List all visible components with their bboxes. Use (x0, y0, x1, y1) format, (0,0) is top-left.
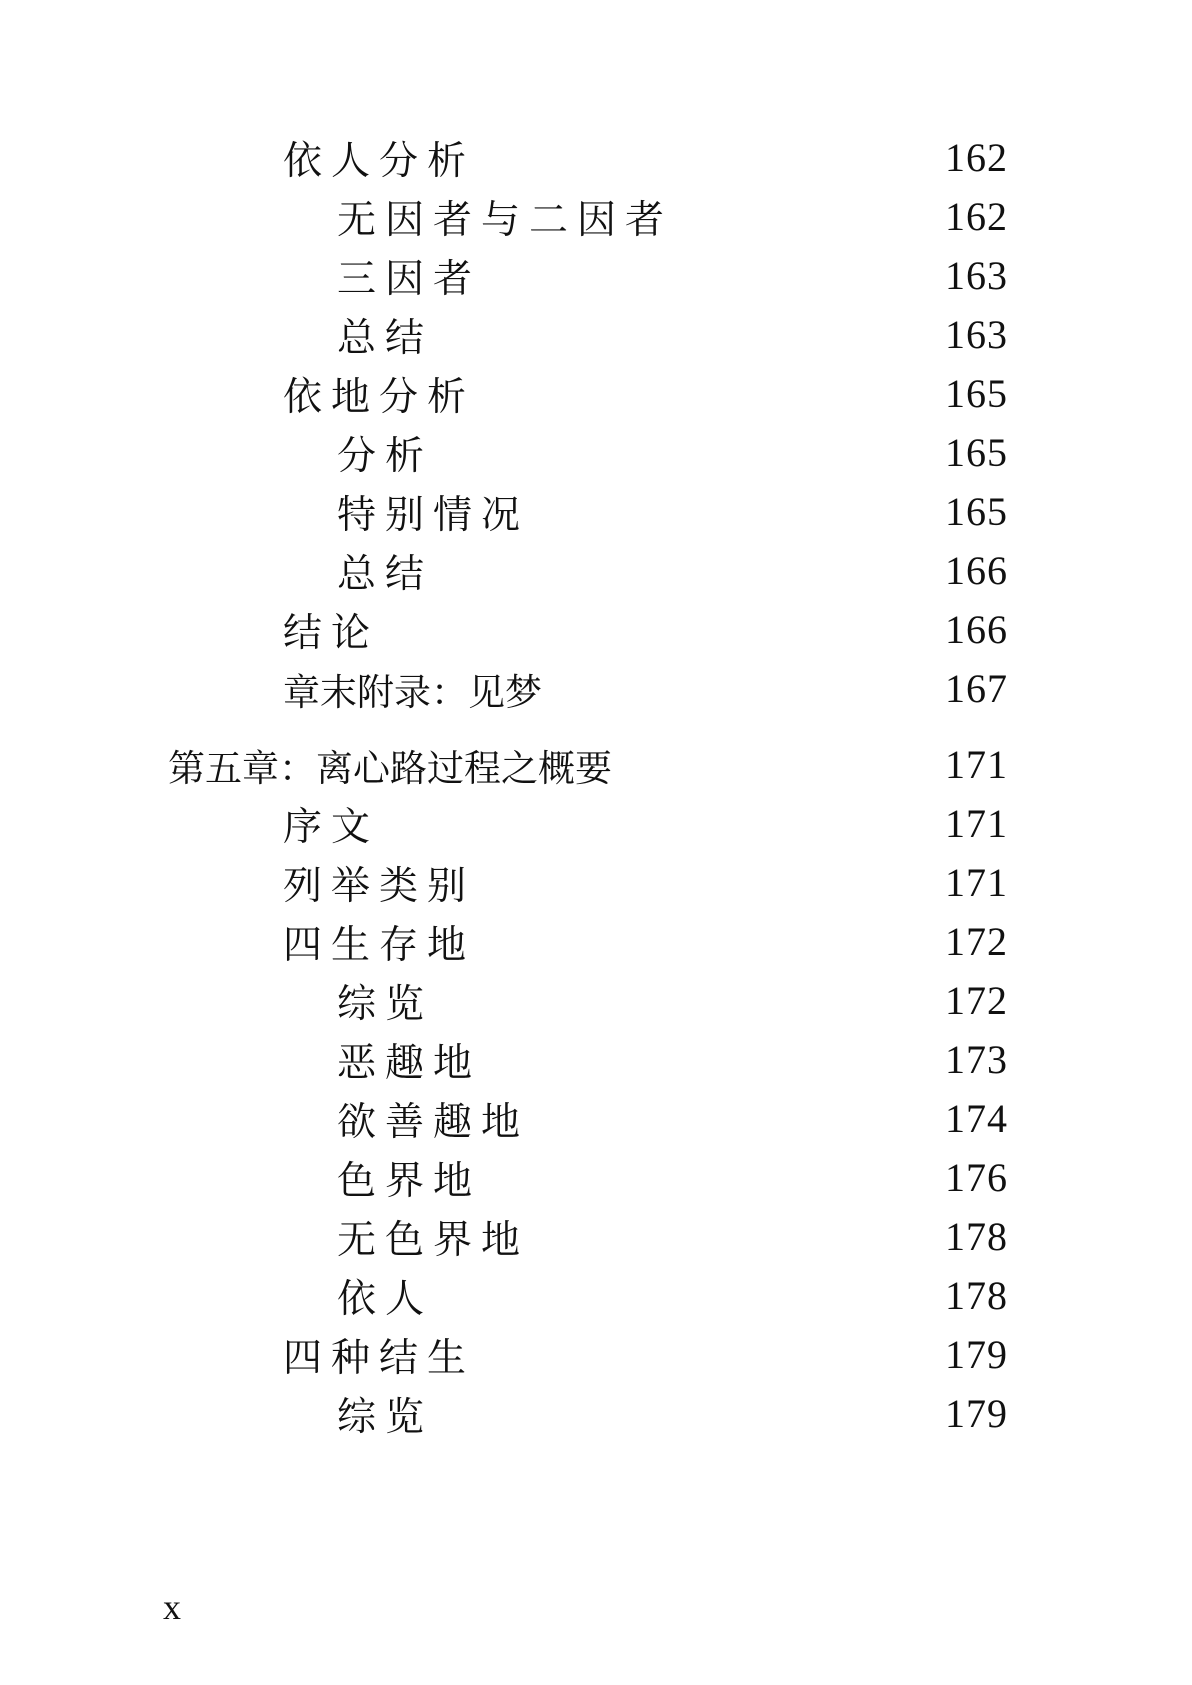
toc-entry: 综览 172 (0, 971, 1008, 1030)
toc-entry: 分析 165 (0, 423, 1008, 482)
toc-entry-label: 三因者 (0, 248, 481, 304)
toc-entry-page-number: 176 (945, 1154, 1008, 1201)
footer-page-number: x (163, 1586, 181, 1628)
toc-entry: 欲善趣地 174 (0, 1089, 1008, 1148)
toc-entry: 无因者与二因者 162 (0, 187, 1008, 246)
toc-entry-label: 四种结生 (0, 1327, 475, 1383)
toc-entry-page-number: 171 (945, 800, 1008, 847)
toc-entry-label: 色界地 (0, 1150, 481, 1206)
toc-entry-page-number: 172 (945, 918, 1008, 965)
toc-entry-page-number: 165 (945, 370, 1008, 417)
toc-entry-label: 章末附录：见梦 (0, 662, 542, 716)
toc-entry-page-number: 162 (945, 193, 1008, 240)
toc-entry: 综览 179 (0, 1384, 1008, 1443)
toc-entry: 三因者 163 (0, 246, 1008, 305)
toc-entry: 依地分析 165 (0, 364, 1008, 423)
toc-entry-label: 恶趣地 (0, 1032, 481, 1088)
toc-entry: 四种结生 179 (0, 1325, 1008, 1384)
toc-entry-page-number: 167 (945, 665, 1008, 712)
toc-entry: 色界地 176 (0, 1148, 1008, 1207)
toc-entry-label: 第五章：离心路过程之概要 (0, 738, 612, 792)
toc-entry-label: 总结 (0, 543, 433, 599)
toc-entry: 列举类别 171 (0, 853, 1008, 912)
toc-entry-label: 序文 (0, 796, 379, 852)
toc-entry: 恶趣地 173 (0, 1030, 1008, 1089)
toc-entry: 总结 166 (0, 541, 1008, 600)
toc-entry: 序文 171 (0, 794, 1008, 853)
toc-entry-label: 综览 (0, 1386, 433, 1442)
toc-entry-page-number: 178 (945, 1213, 1008, 1260)
toc-entry: 章末附录：见梦 167 (0, 659, 1008, 718)
toc-entry-label: 依人分析 (0, 130, 475, 186)
toc-entry-label: 无因者与二因者 (0, 189, 673, 245)
toc-entry-page-number: 173 (945, 1036, 1008, 1083)
toc-entry-page-number: 165 (945, 488, 1008, 535)
toc-entry-page-number: 163 (945, 311, 1008, 358)
toc-entry-label: 分析 (0, 425, 433, 481)
table-of-contents: 依人分析 162 无因者与二因者 162 三因者 163 总结 163 依地分析… (0, 128, 1008, 1443)
toc-entry-page-number: 166 (945, 547, 1008, 594)
toc-entry-page-number: 162 (945, 134, 1008, 181)
toc-entry-label: 四生存地 (0, 914, 475, 970)
toc-entry-page-number: 172 (945, 977, 1008, 1024)
toc-entry-label: 依人 (0, 1268, 433, 1324)
toc-entry-page-number: 174 (945, 1095, 1008, 1142)
toc-entry-label: 特别情况 (0, 484, 529, 540)
toc-entry-label: 总结 (0, 307, 433, 363)
toc-entry-label: 列举类别 (0, 855, 475, 911)
toc-entry: 依人 178 (0, 1266, 1008, 1325)
document-page: 依人分析 162 无因者与二因者 162 三因者 163 总结 163 依地分析… (0, 0, 1192, 1685)
toc-entry: 第五章：离心路过程之概要 171 (0, 735, 1008, 794)
toc-entry-page-number: 178 (945, 1272, 1008, 1319)
toc-entry-page-number: 163 (945, 252, 1008, 299)
toc-entry: 总结 163 (0, 305, 1008, 364)
toc-entry-label: 依地分析 (0, 366, 475, 422)
toc-entry-label: 无色界地 (0, 1209, 529, 1265)
toc-entry-label: 欲善趣地 (0, 1091, 529, 1147)
toc-entry-page-number: 165 (945, 429, 1008, 476)
toc-entry: 特别情况 165 (0, 482, 1008, 541)
toc-entry-label: 结论 (0, 602, 379, 658)
toc-entry: 无色界地 178 (0, 1207, 1008, 1266)
toc-entry-page-number: 166 (945, 606, 1008, 653)
toc-entry: 结论 166 (0, 600, 1008, 659)
toc-entry-page-number: 179 (945, 1331, 1008, 1378)
toc-entry-label: 综览 (0, 973, 433, 1029)
toc-entry-page-number: 179 (945, 1390, 1008, 1437)
toc-entry-page-number: 171 (945, 859, 1008, 906)
toc-entry-page-number: 171 (945, 741, 1008, 788)
toc-entry: 依人分析 162 (0, 128, 1008, 187)
toc-entry: 四生存地 172 (0, 912, 1008, 971)
